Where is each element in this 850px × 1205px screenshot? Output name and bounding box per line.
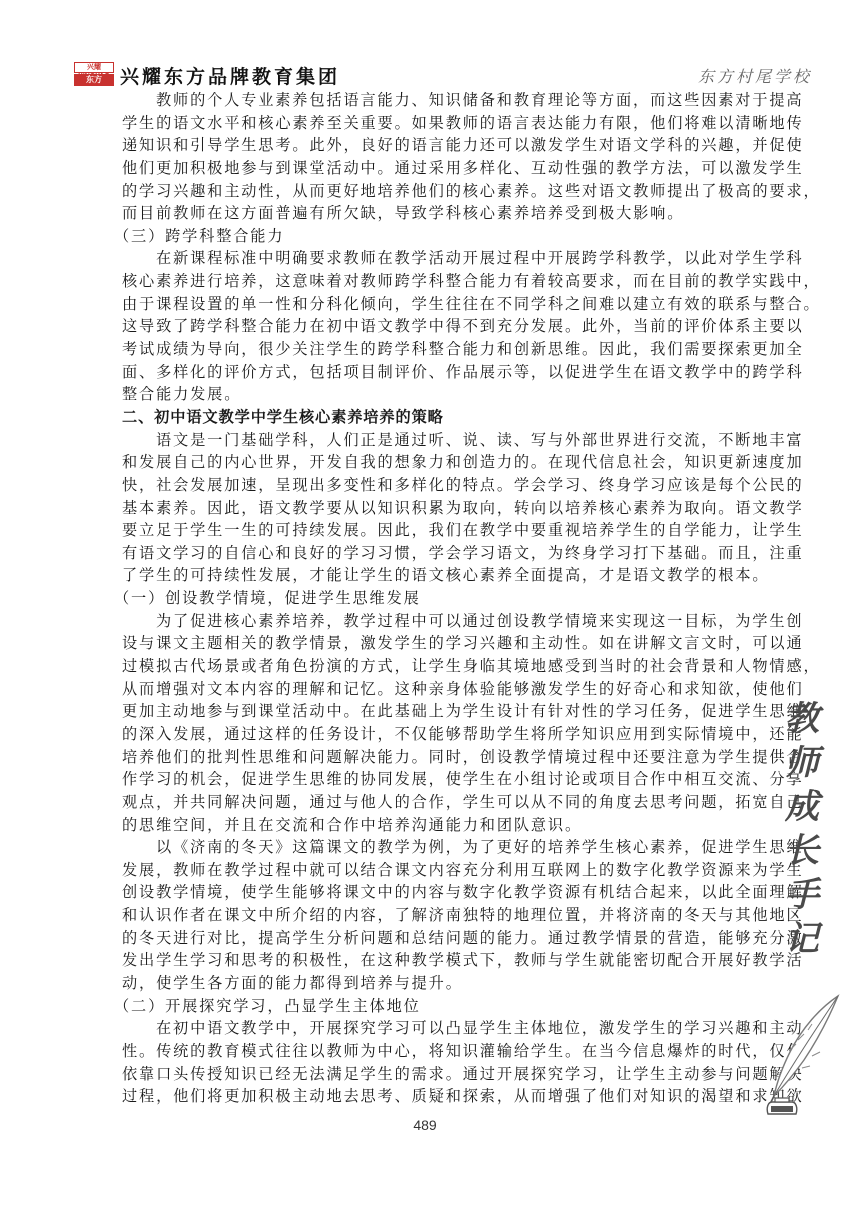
paragraph-first-line: 教师的个人专业素养包括语言能力、知识储备和教育理论等方面，而这些因素对于提高 (122, 89, 730, 112)
calligraphy-char: 成 (778, 785, 826, 829)
body-text-line: 过程，他们将更加积极主动地去思考、质疑和探索，从而增强了他们对知识的渴望和求知欲 (122, 1085, 730, 1108)
body-text-line: 由于课程设置的单一性和分科化倾向，学生往往在不同学科之间难以建立有效的联系与整合… (122, 293, 730, 316)
logo-top-text: 兴耀 XINGYAO (74, 62, 114, 73)
calligraphy-char: 记 (778, 917, 826, 961)
calligraphy-title: 教师成长手记 (778, 697, 826, 961)
body-text-line: 观点，并共同解决问题，通过与他人的合作，学生可以从不同的角度去思考问题，拓宽自己 (122, 791, 730, 814)
section-heading: 二、初中语文教学中学生核心素养培养的策略 (122, 406, 730, 429)
paragraph-first-line: 在新课程标准中明确要求教师在教学活动开展过程中开展跨学科教学，以此对学生学科 (122, 247, 730, 270)
body-text-line: 整合能力发展。 (122, 383, 730, 406)
paragraph-first-line: 以《济南的冬天》这篇课文的教学为例，为了更好的培养学生核心素养，促进学生思维 (122, 836, 730, 859)
body-text-line: 依靠口头传授知识已经无法满足学生的需求。通过开展探究学习，让学生主动参与问题解决 (122, 1063, 730, 1086)
body-text-line: 性。传统的教育模式往往以教师为中心，将知识灌输给学生。在当今信息爆炸的时代，仅仅 (122, 1040, 730, 1063)
calligraphy-char: 长 (778, 829, 826, 873)
calligraphy-char: 手 (778, 873, 826, 917)
document-body: 教师的个人专业素养包括语言能力、知识储备和教育理论等方面，而这些因素对于提高学生… (122, 89, 730, 1108)
body-text-line: 和认识作者在课文中所介绍的内容，了解济南独特的地理位置，并将济南的冬天与其他地区 (122, 904, 730, 927)
body-text-line: 发展，教师在教学过程中就可以结合课文内容充分利用互联网上的数字化教学资源来为学生 (122, 859, 730, 882)
body-text-line: 他们更加积极地参与到课堂活动中。通过采用多样化、互动性强的教学方法，可以激发学生 (122, 157, 730, 180)
paragraph-first-line: 为了促进核心素养培养，教学过程中可以通过创设教学情境来实现这一目标，为学生创 (122, 610, 730, 633)
body-text-line: 更加主动地参与到课堂活动中。在此基础上为学生设计有针对性的学习任务，促进学生思维 (122, 700, 730, 723)
paragraph-first-line: 在初中语文教学中，开展探究学习可以凸显学生主体地位，激发学生的学习兴趣和主动 (122, 1017, 730, 1040)
body-text-line: 基本素养。因此，语文教学要从以知识积累为取向，转向以培养核心素养为取向。语文教学 (122, 497, 730, 520)
calligraphy-char: 教 (778, 697, 826, 741)
body-text-line: 作学习的机会，促进学生思维的协同发展，使学生在小组讨论或项目合作中相互交流、分享 (122, 768, 730, 791)
body-text-line: 的学习兴趣和主动性，从而更好地培养他们的核心素养。这些对语文教师提出了极高的要求… (122, 180, 730, 203)
body-text-line: 培养他们的批判性思维和问题解决能力。同时，创设教学情境过程中还要注意为学生提供合 (122, 746, 730, 769)
body-text-line: 的深入发展，通过这样的任务设计，不仅能够帮助学生将所学知识应用到实际情境中，还能 (122, 723, 730, 746)
body-text-line: 从而增强对文本内容的理解和记忆。这种亲身体验能够激发学生的好奇心和求知欲，使他们 (122, 678, 730, 701)
body-text-line: 的思维空间，并且在交流和合作中培养沟通能力和团队意识。 (122, 814, 730, 837)
page-header: 兴耀 XINGYAO 东方 兴耀东方品牌教育集团 东方村尾学校 (74, 58, 834, 90)
subsection-heading: （一）创设教学情境，促进学生思维发展 (114, 587, 730, 610)
page-number: 489 (0, 1117, 850, 1133)
brand-name: 兴耀东方品牌教育集团 (120, 62, 340, 89)
body-text-line: 要立足于学生一生的可持续发展。因此，我们在教学中要重视培养学生的自学能力，让学生 (122, 519, 730, 542)
body-text-line: 动，使学生各方面的能力都得到培养与提升。 (122, 972, 730, 995)
body-text-line: 这导致了跨学科整合能力在初中语文教学中得不到充分发展。此外，当前的评价体系主要以 (122, 315, 730, 338)
body-text-line: 了学生的可持续性发展，才能让学生的语文核心素养全面提高，才是语文教学的根本。 (122, 564, 730, 587)
calligraphy-char: 师 (778, 741, 826, 785)
body-text-line: 的冬天进行对比，提高学生分析问题和总结问题的能力。通过教学情景的营造，能够充分激 (122, 927, 730, 950)
body-text-line: 核心素养进行培养，这意味着对教师跨学科整合能力有着较高要求，而在目前的教学实践中… (122, 270, 730, 293)
body-text-line: 考试成绩为导向，很少关注学生的跨学科整合能力和创新思维。因此，我们需要探索更加全 (122, 338, 730, 361)
body-text-line: 学生的语文水平和核心素养至关重要。如果教师的语言表达能力有限，他们将难以清晰地传 (122, 112, 730, 135)
body-text-line: 发出学生学习和思考的积极性，在这种教学模式下，教师与学生就能密切配合开展好教学活 (122, 949, 730, 972)
body-text-line: 过模拟古代场景或者角色扮演的方式，让学生身临其境地感受到当时的社会背景和人物情感… (122, 655, 730, 678)
paragraph-first-line: 语文是一门基础学科，人们正是通过听、说、读、写与外部世界进行交流，不断地丰富 (122, 429, 730, 452)
body-text-line: 面、多样化的评价方式，包括项目制评价、作品展示等，以促进学生在语文教学中的跨学科 (122, 361, 730, 384)
body-text-line: 快，社会发展加速，呈现出多变性和多样化的特点。学会学习、终身学习应该是每个公民的 (122, 474, 730, 497)
body-text-line: 而目前教师在这方面普遍有所欠缺，导致学科核心素养培养受到极大影响。 (122, 202, 730, 225)
body-text-line: 创设教学情境，使学生能够将课文中的内容与数字化教学资源有机结合起来，以此全面理解 (122, 881, 730, 904)
logo-bottom-text: 东方 (74, 74, 114, 86)
subsection-heading: （二）开展探究学习，凸显学生主体地位 (114, 995, 730, 1018)
body-text-line: 设与课文主题相关的教学情景，激发学生的学习兴趣和主动性。如在讲解文言文时，可以通 (122, 632, 730, 655)
body-text-line: 递知识和引导学生思考。此外，良好的语言能力还可以激发学生对语文学科的兴趣，并促使 (122, 134, 730, 157)
body-text-line: 有语文学习的自信心和良好的学习习惯，学会学习语文，为终身学习打下基础。而且，注重 (122, 542, 730, 565)
brand-logo: 兴耀 XINGYAO 东方 (74, 62, 114, 86)
quill-inkwell-icon (760, 990, 850, 1120)
school-name: 东方村尾学校 (698, 64, 812, 87)
body-text-line: 和发展自己的内心世界，开发自我的想象力和创造力的。在现代信息社会，知识更新速度加 (122, 451, 730, 474)
subsection-heading: （三）跨学科整合能力 (114, 225, 730, 248)
